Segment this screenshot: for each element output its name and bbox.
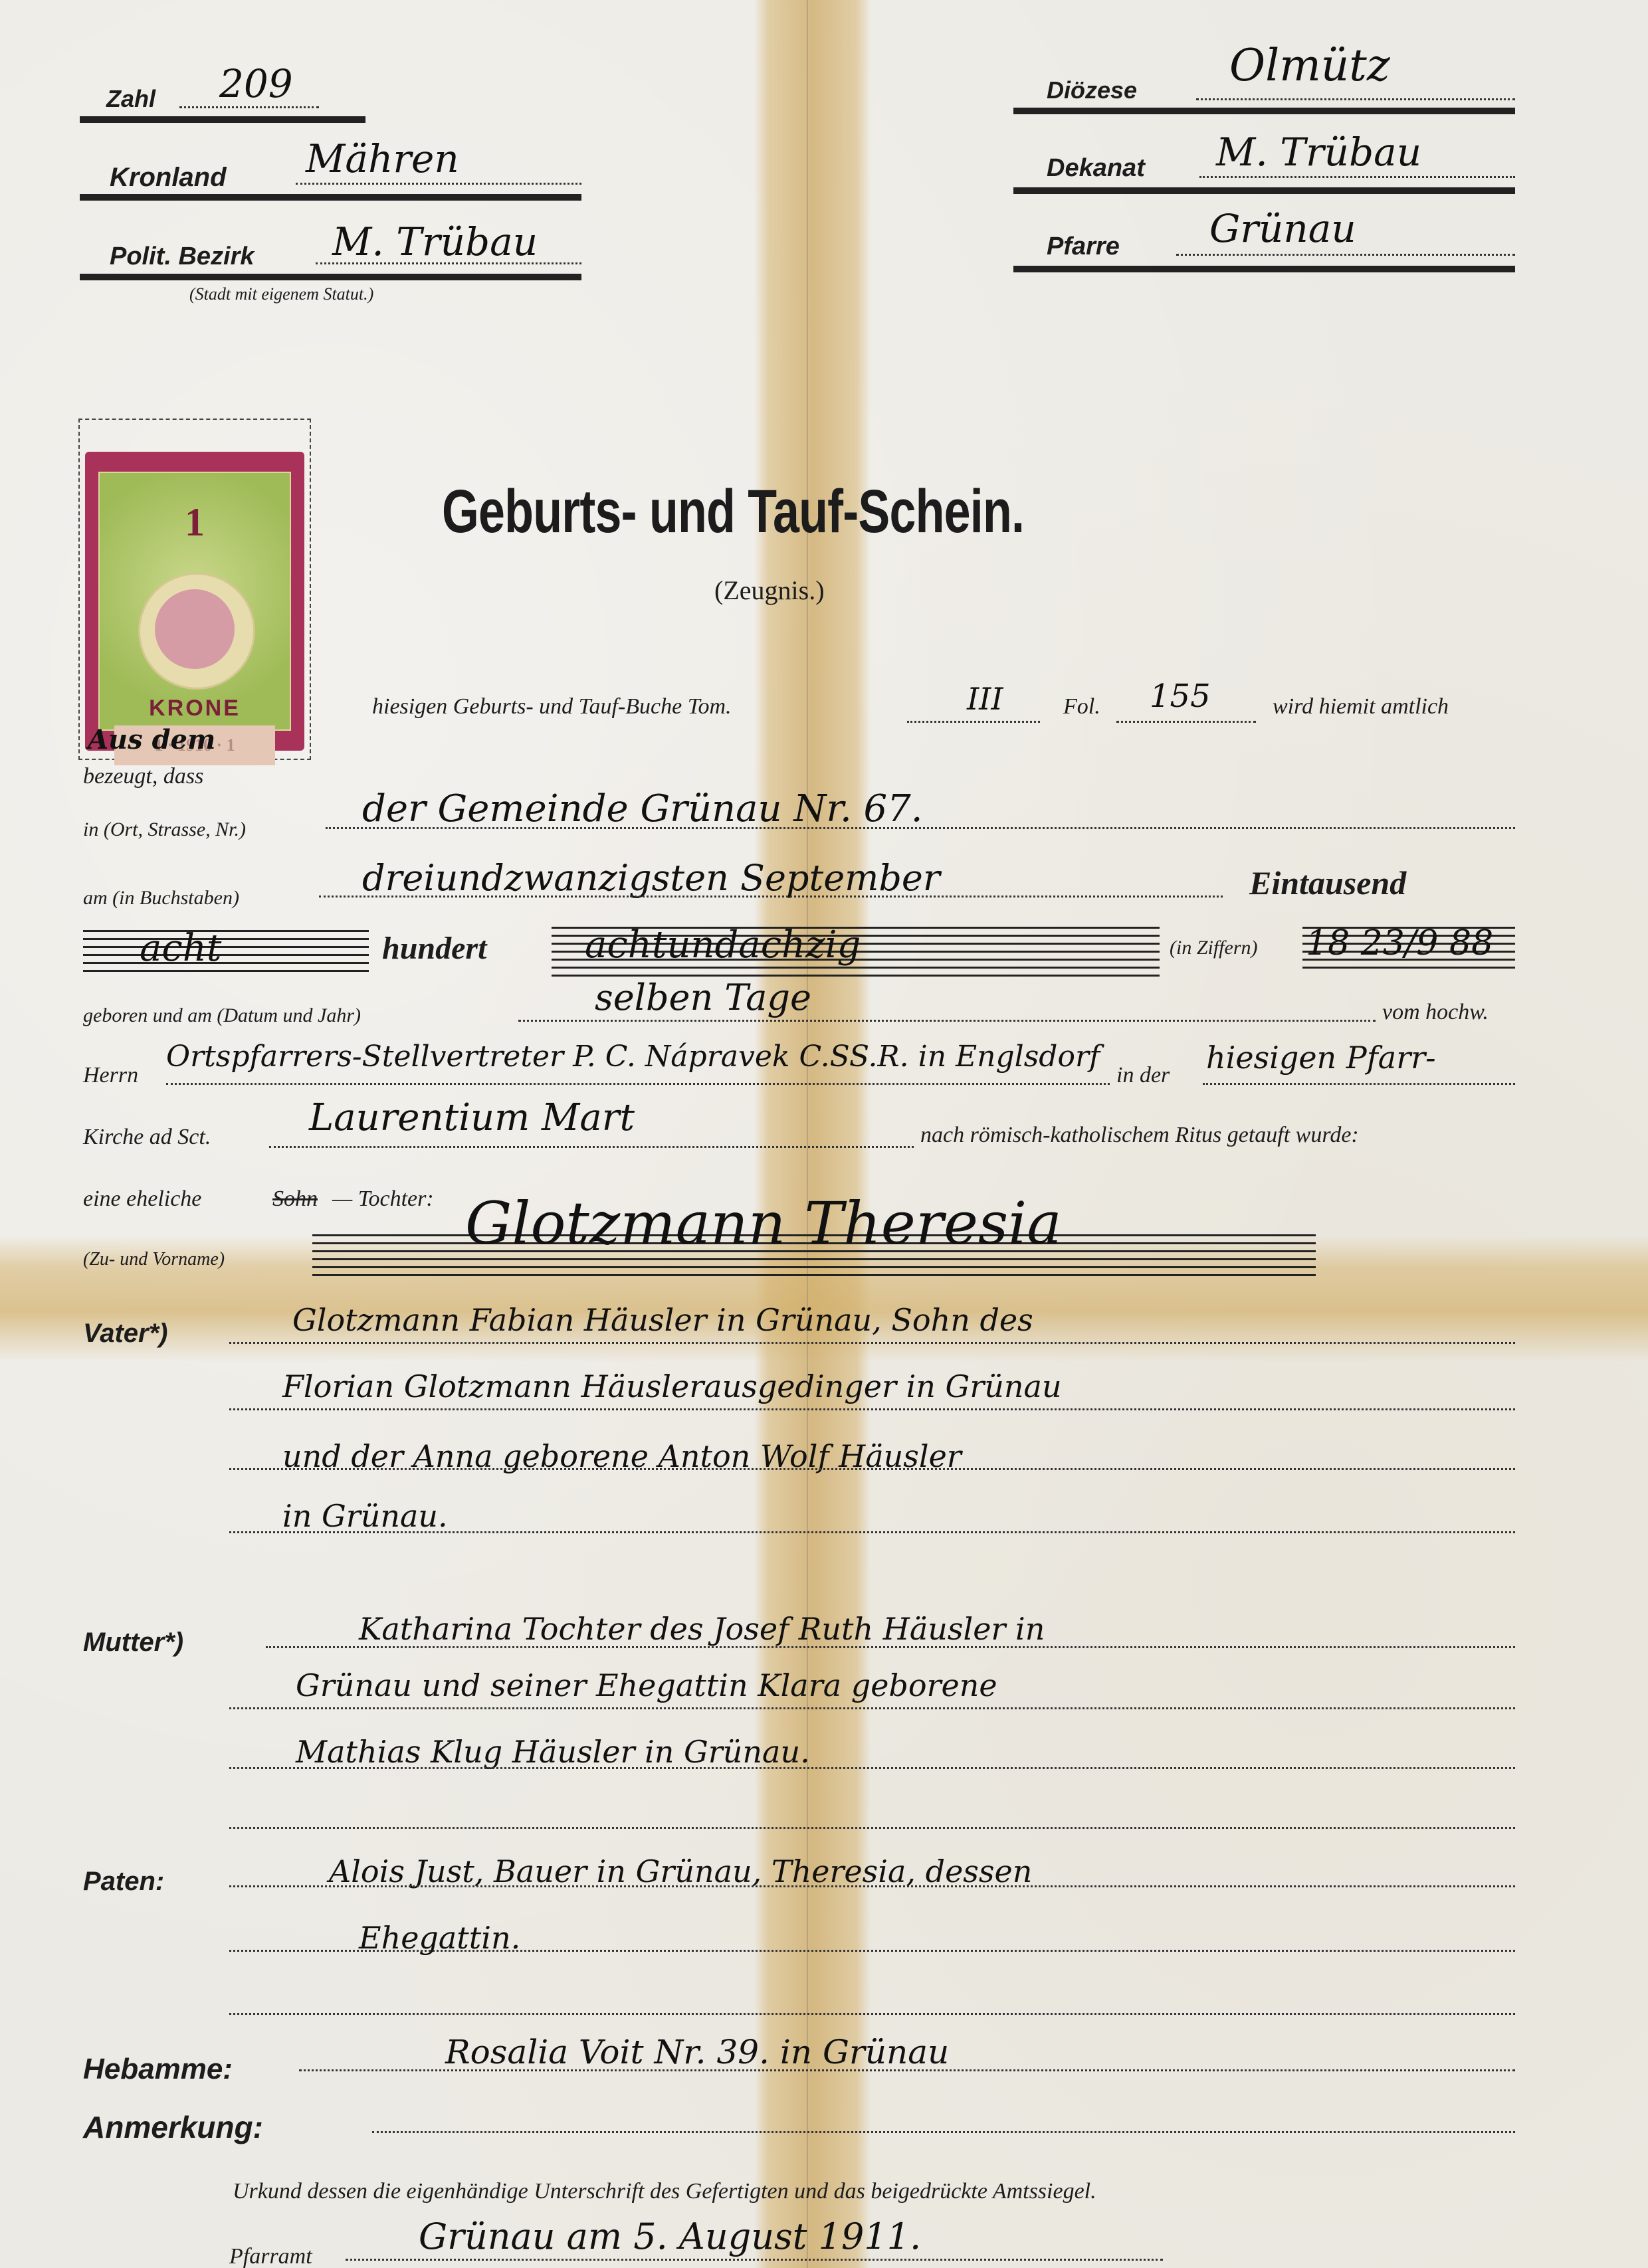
- vom-hochw-text: vom hochw.: [1382, 1000, 1489, 1025]
- document-title: Geburts- und Tauf-Schein.: [442, 477, 1024, 547]
- bezeugt-text: bezeugt, dass: [83, 764, 203, 789]
- hundert-prefix-value: acht: [140, 927, 221, 970]
- dekanat-dotted-line: [1199, 176, 1515, 178]
- datum-dotted-line: [319, 896, 1223, 898]
- mutter-label: Mutter*): [83, 1628, 183, 1657]
- dekanat-value: M. Trübau: [1216, 130, 1421, 175]
- bezirk-dotted-line: [316, 262, 581, 264]
- stamp-cancellation: Aus dem: [88, 724, 215, 755]
- tom-value: III: [967, 681, 1003, 717]
- bezirk-label: Polit. Bezirk: [110, 242, 255, 271]
- herrn-dotted-line: [166, 1083, 1110, 1085]
- paten-line-1: Alois Just, Bauer in Grünau, Theresia, d…: [329, 1853, 1032, 1889]
- tochter-label: — Tochter:: [332, 1186, 434, 1212]
- mutter-dotted-line-3: [229, 1767, 1515, 1769]
- hundert-label: hundert: [382, 930, 486, 967]
- in-der-text: in der: [1116, 1063, 1170, 1088]
- urkund-text: Urkund dessen die eigenhändige Unterschr…: [233, 2179, 1096, 2204]
- fold-crease: [807, 0, 808, 2268]
- geboren-label: geboren und am (Datum und Jahr): [83, 1004, 361, 1027]
- ritus-text: nach römisch-katholischem Ritus getauft …: [920, 1123, 1359, 1148]
- fold-stain-vertical: [754, 0, 871, 2268]
- mutter-line-3: Mathias Klug Häusler in Grünau.: [296, 1734, 810, 1770]
- hebamme-dotted-line: [299, 2069, 1515, 2071]
- vater-label: Vater*): [83, 1319, 167, 1349]
- stamp-field: 1 KRONE 1 · 1910 · 1: [98, 472, 291, 731]
- intro-text: hiesigen Geburts- und Tauf-Buche Tom.: [372, 694, 732, 719]
- fol-value: 155: [1150, 678, 1211, 715]
- herrn-label: Herrn: [83, 1063, 138, 1088]
- pfarre-dotted-line: [1176, 254, 1515, 256]
- hebamme-value: Rosalia Voit Nr. 39. in Grünau: [445, 2033, 949, 2071]
- name-label: (Zu- und Vorname): [83, 1249, 225, 1270]
- stamp-value: 1: [100, 500, 290, 545]
- hundert-prefix-hatch: [83, 930, 369, 977]
- kirche-dotted-line: [269, 1146, 914, 1148]
- jahr-value: achtundachzig: [585, 923, 861, 967]
- ort-dotted-line: [326, 827, 1515, 829]
- ziffern-value: 18 23/9 88: [1306, 923, 1493, 963]
- bezirk-note: (Stadt mit eigenem Statut.): [189, 284, 373, 304]
- paten-dotted-line-1: [229, 1885, 1515, 1887]
- kirche-value: Laurentium Mart: [309, 1096, 635, 1139]
- ziffern-label: (in Ziffern): [1170, 937, 1258, 959]
- dekanat-rule: [1013, 187, 1515, 194]
- dioezese-dotted-line: [1196, 98, 1515, 100]
- fol-dotted-line: [1116, 721, 1256, 723]
- tom-dotted-line: [907, 721, 1040, 723]
- mutter-line-1: Katharina Tochter des Josef Ruth Häusler…: [359, 1611, 1045, 1647]
- kronland-value: Mähren: [306, 136, 459, 181]
- paten-dotted-line-3: [229, 2013, 1515, 2015]
- vater-dotted-line-3: [229, 1468, 1515, 1470]
- vater-dotted-line-2: [229, 1408, 1515, 1410]
- kronland-rule: [80, 194, 581, 201]
- vater-dotted-line-1: [229, 1342, 1515, 1344]
- vater-line-1: Glotzmann Fabian Häusler in Grünau, Sohn…: [292, 1302, 1033, 1338]
- zahl-dotted-line: [179, 106, 319, 108]
- mutter-dotted-line-1: [266, 1646, 1515, 1648]
- pfarr-value: hiesigen Pfarr-: [1206, 1040, 1436, 1076]
- eintausend-label: Eintausend: [1249, 864, 1406, 902]
- child-name-value: Glotzmann Theresia: [465, 1189, 1062, 1258]
- mutter-dotted-line-4: [229, 1827, 1515, 1829]
- geboren-dotted-line: [518, 1020, 1376, 1022]
- vater-line-4: in Grünau.: [282, 1498, 448, 1534]
- kronland-dotted-line: [296, 183, 581, 185]
- vater-dotted-line-4: [229, 1531, 1515, 1533]
- mutter-dotted-line-2: [229, 1707, 1515, 1709]
- pfarre-label: Pfarre: [1047, 233, 1120, 261]
- mutter-line-2: Grünau und seiner Ehegattin Klara gebore…: [296, 1667, 997, 1703]
- pfarramt-label: Pfarramt: [229, 2244, 312, 2268]
- zahl-label: Zahl: [106, 85, 155, 113]
- stamp-medallion: [138, 573, 255, 690]
- document-subtitle: (Zeugnis.): [714, 575, 825, 606]
- anmerkung-dotted-line: [372, 2131, 1515, 2133]
- dioezese-label: Diözese: [1047, 76, 1137, 104]
- fol-label: Fol.: [1063, 694, 1100, 719]
- dioezese-rule: [1013, 108, 1515, 114]
- ort-value: der Gemeinde Grünau Nr. 67.: [362, 787, 923, 830]
- pfarre-value: Grünau: [1209, 206, 1356, 251]
- bezirk-rule: [80, 274, 581, 280]
- paten-dotted-line-2: [229, 1950, 1515, 1952]
- pfarr-dotted-line: [1203, 1083, 1515, 1085]
- sohn-struck: Sohn: [272, 1186, 318, 1212]
- herrn-value: Ortspfarrers-Stellvertreter P. C. Náprav…: [166, 1040, 1100, 1074]
- zahl-value: 209: [219, 61, 293, 106]
- bezirk-value: M. Trübau: [332, 219, 538, 264]
- vater-line-2: Florian Glotzmann Häuslerausgedinger in …: [282, 1369, 1062, 1404]
- stamp-currency: KRONE: [100, 696, 290, 721]
- pfarramt-value: Grünau am 5. August 1911.: [419, 2216, 921, 2257]
- datum-value: dreiundzwanzigsten September: [362, 857, 940, 899]
- intro-end: wird hiemit amtlich: [1273, 694, 1449, 719]
- dekanat-label: Dekanat: [1047, 154, 1145, 183]
- pfarramt-dotted-line: [346, 2259, 1163, 2261]
- kirche-label: Kirche ad Sct.: [83, 1125, 211, 1150]
- eheliche-label: eine eheliche: [83, 1186, 201, 1212]
- anmerkung-label: Anmerkung:: [83, 2109, 263, 2145]
- zahl-rule: [80, 116, 365, 123]
- revenue-stamp: 1 KRONE 1 · 1910 · 1 Aus dem: [85, 452, 304, 751]
- hebamme-label: Hebamme:: [83, 2053, 233, 2086]
- geboren-value: selben Tage: [595, 977, 811, 1018]
- dioezese-value: Olmütz: [1229, 40, 1390, 91]
- pfarre-rule: [1013, 266, 1515, 272]
- emperor-portrait-icon: [155, 589, 235, 669]
- paten-label: Paten:: [83, 1867, 164, 1897]
- datum-label: am (in Buchstaben): [83, 887, 239, 909]
- ort-label: in (Ort, Strasse, Nr.): [83, 818, 246, 841]
- kronland-label: Kronland: [110, 163, 227, 193]
